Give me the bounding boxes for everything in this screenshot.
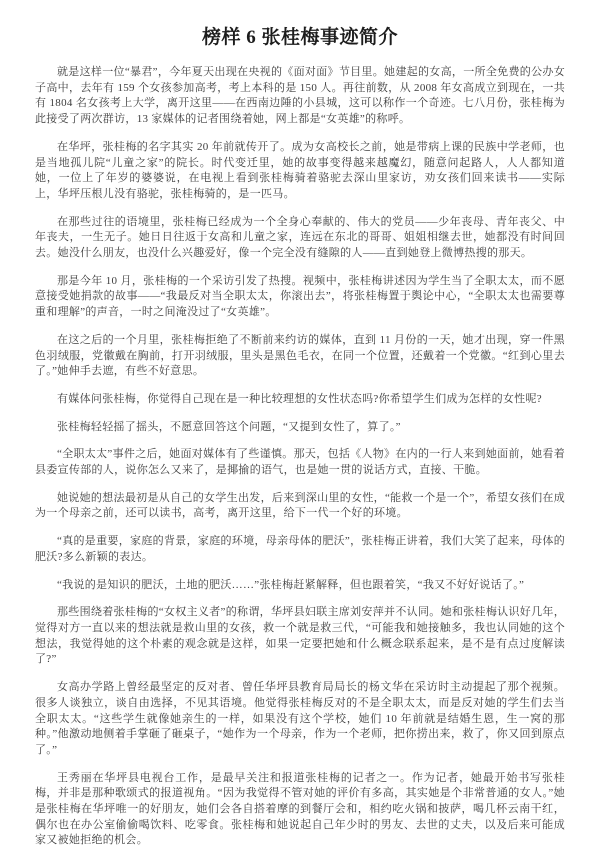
- paragraph-5: 在这之后的一个月里，张桂梅拒绝了不断前来约访的媒体，直到 11 月份的一天，她才…: [35, 333, 565, 380]
- paragraph-8: “全职太太”事件之后，她面对媒体有了些谨慎。那天，包括《人物》在内的一行人来到她…: [35, 447, 565, 478]
- paragraph-10: “真的是重要，家庭的背景，家庭的环境，母亲母体的肥沃”，张桂梅正讲着，我们大笑了…: [35, 534, 565, 565]
- paragraph-7: 张桂梅轻轻摇了摇头，不愿意回答这个问题，“又提到女性了，算了。”: [35, 420, 565, 436]
- paragraph-1: 就是这样一位“暴君”，今年夏天出现在央视的《面对面》节目里。她建起的女高，一所全…: [35, 65, 565, 128]
- document-title: 榜样 6 张桂梅事迹简介: [35, 22, 565, 49]
- document-page: 榜样 6 张桂梅事迹简介 就是这样一位“暴君”，今年夏天出现在央视的《面对面》节…: [0, 0, 600, 849]
- paragraph-4: 那是今年 10 月，张桂梅的一个采访引发了热搜。视频中，张桂梅讲述因为学生当了全…: [35, 274, 565, 321]
- paragraph-3: 在那些过往的语境里，张桂梅已经成为一个全身心奉献的、伟大的党员——少年丧母、青年…: [35, 215, 565, 262]
- paragraph-11: “我说的是知识的肥沃，土地的肥沃……”张桂梅赶紧解释，但也跟着笑，“我又不好好说…: [35, 578, 565, 594]
- paragraph-2: 在华坪，张桂梅的名字其实 20 年前就传开了。成为女高校长之前，她是带病上课的民…: [35, 140, 565, 203]
- paragraph-12: 那些围绕着张桂梅的“女权主义者”的称谓，华坪县妇联主席刘安萍并不认同。她和张桂梅…: [35, 605, 565, 668]
- paragraph-6: 有媒体问张桂梅，你觉得自己现在是一种比较理想的女性状态吗?你希望学生们成为怎样的…: [35, 392, 565, 408]
- paragraph-13: 女高办学路上曾经最坚定的反对者、曾任华坪县教育局局长的杨文华在采访时主动提起了那…: [35, 680, 565, 759]
- paragraph-14: 王秀丽在华坪县电视台工作，是最早关注和报道张桂梅的记者之一。作为记者，她最开始书…: [35, 771, 565, 849]
- paragraph-9: 她说她的想法最初是从自己的女学生出发，后来到深山里的女性，“能救一个是一个”，希…: [35, 491, 565, 522]
